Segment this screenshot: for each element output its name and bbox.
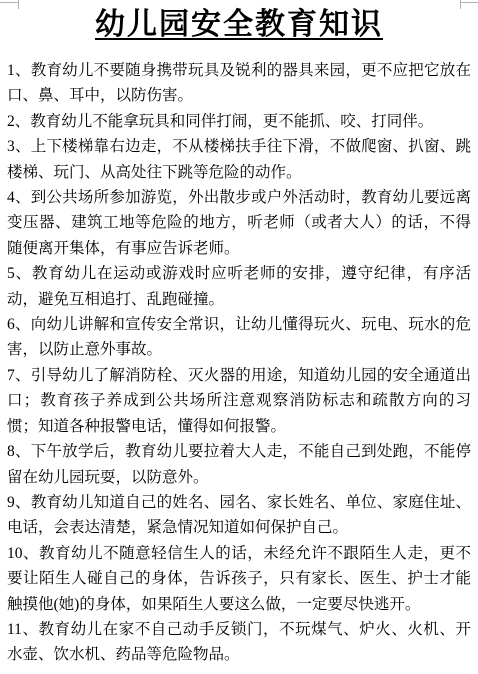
- item-number: 8、: [7, 443, 31, 460]
- item-text: 教育幼儿在运动或游戏时应听老师的安排，遵守纪律，有序活动，避免互相追打、乱跑碰撞…: [7, 265, 471, 307]
- list-item-2: 2、教育幼儿不能拿玩具和同伴打闹，更不能抓、咬、打同伴。: [7, 109, 471, 134]
- margin-crop-mark-top-right-v: [460, 0, 461, 9]
- item-number: 4、: [7, 189, 31, 206]
- list-item-5: 5、教育幼儿在运动或游戏时应听老师的安排，遵守纪律，有序活动，避免互相追打、乱跑…: [7, 261, 471, 312]
- list-item-6: 6、向幼儿讲解和宣传安全常识，让幼儿懂得玩火、玩电、玩水的危害，以防止意外事故。: [7, 312, 471, 363]
- margin-crop-mark-top-right-h: [460, 2, 478, 3]
- list-item-8: 8、下午放学后，教育幼儿要拉着大人走，不能自己到处跑，不能停留在幼儿园玩耍，以防…: [7, 439, 471, 490]
- item-text: 教育幼儿知道自己的姓名、园名、家长姓名、单位、家庭住址、电话，会表达清楚，紧急情…: [7, 494, 471, 536]
- list-item-1: 1、教育幼儿不要随身携带玩具及锐利的器具来园，更不应把它放在口、鼻、耳中，以防伤…: [7, 58, 471, 109]
- item-number: 2、: [7, 113, 30, 130]
- margin-crop-mark-top-left-h: [0, 2, 19, 3]
- document-body: 1、教育幼儿不要随身携带玩具及锐利的器具来园，更不应把它放在口、鼻、耳中，以防伤…: [0, 58, 478, 668]
- item-text: 教育幼儿不随意轻信生人的话，未经允许不跟陌生人走，更不要让陌生人碰自己的身体，告…: [7, 545, 471, 613]
- item-text: 引导幼儿了解消防栓、灭火器的用途，知道幼儿园的安全通道出口；教育孩子养成到公共场…: [7, 367, 471, 435]
- item-text: 教育幼儿在家不自己动手反锁门，不玩煤气、炉火、火机、开水壶、饮水机、药品等危险物…: [7, 621, 471, 663]
- item-number: 5、: [7, 265, 32, 282]
- item-text: 向幼儿讲解和宣传安全常识，让幼儿懂得玩火、玩电、玩水的危害，以防止意外事故。: [7, 316, 471, 358]
- item-text: 上下楼梯靠右边走，不从楼梯扶手往下滑，不做爬窗、扒窗、跳楼梯、玩门、从高处往下跳…: [7, 138, 471, 180]
- item-text: 到公共场所参加游览，外出散步或户外活动时，教育幼儿要远离变压器、建筑工地等危险的…: [7, 189, 471, 257]
- list-item-10: 10、教育幼儿不随意轻信生人的话，未经允许不跟陌生人走，更不要让陌生人碰自己的身…: [7, 541, 471, 617]
- item-number: 9、: [7, 494, 31, 511]
- margin-crop-mark-top-left-v: [18, 0, 19, 9]
- item-text: 下午放学后，教育幼儿要拉着大人走，不能自己到处跑，不能停留在幼儿园玩耍，以防意外…: [7, 443, 471, 485]
- item-number: 10、: [7, 545, 39, 562]
- page-title: 幼儿园安全教育知识: [0, 0, 478, 44]
- list-item-7: 7、引导幼儿了解消防栓、灭火器的用途，知道幼儿园的安全通道出口；教育孩子养成到公…: [7, 363, 471, 439]
- list-item-3: 3、上下楼梯靠右边走，不从楼梯扶手往下滑，不做爬窗、扒窗、跳楼梯、玩门、从高处往…: [7, 134, 471, 185]
- list-item-11: 11、教育幼儿在家不自己动手反锁门，不玩煤气、炉火、火机、开水壶、饮水机、药品等…: [7, 617, 471, 668]
- item-number: 1、: [7, 62, 31, 79]
- item-text: 教育幼儿不能拿玩具和同伴打闹，更不能抓、咬、打同伴。: [30, 113, 433, 130]
- item-number: 11、: [7, 621, 39, 638]
- item-number: 3、: [7, 138, 31, 155]
- item-text: 教育幼儿不要随身携带玩具及锐利的器具来园，更不应把它放在口、鼻、耳中，以防伤害。: [7, 62, 471, 104]
- page-title-text: 幼儿园安全教育知识: [95, 8, 383, 41]
- list-item-4: 4、到公共场所参加游览，外出散步或户外活动时，教育幼儿要远离变压器、建筑工地等危…: [7, 185, 471, 261]
- item-number: 7、: [7, 367, 31, 384]
- document-page[interactable]: 幼儿园安全教育知识 1、教育幼儿不要随身携带玩具及锐利的器具来园，更不应把它放在…: [0, 0, 478, 674]
- list-item-9: 9、教育幼儿知道自己的姓名、园名、家长姓名、单位、家庭住址、电话，会表达清楚，紧…: [7, 490, 471, 541]
- item-number: 6、: [7, 316, 31, 333]
